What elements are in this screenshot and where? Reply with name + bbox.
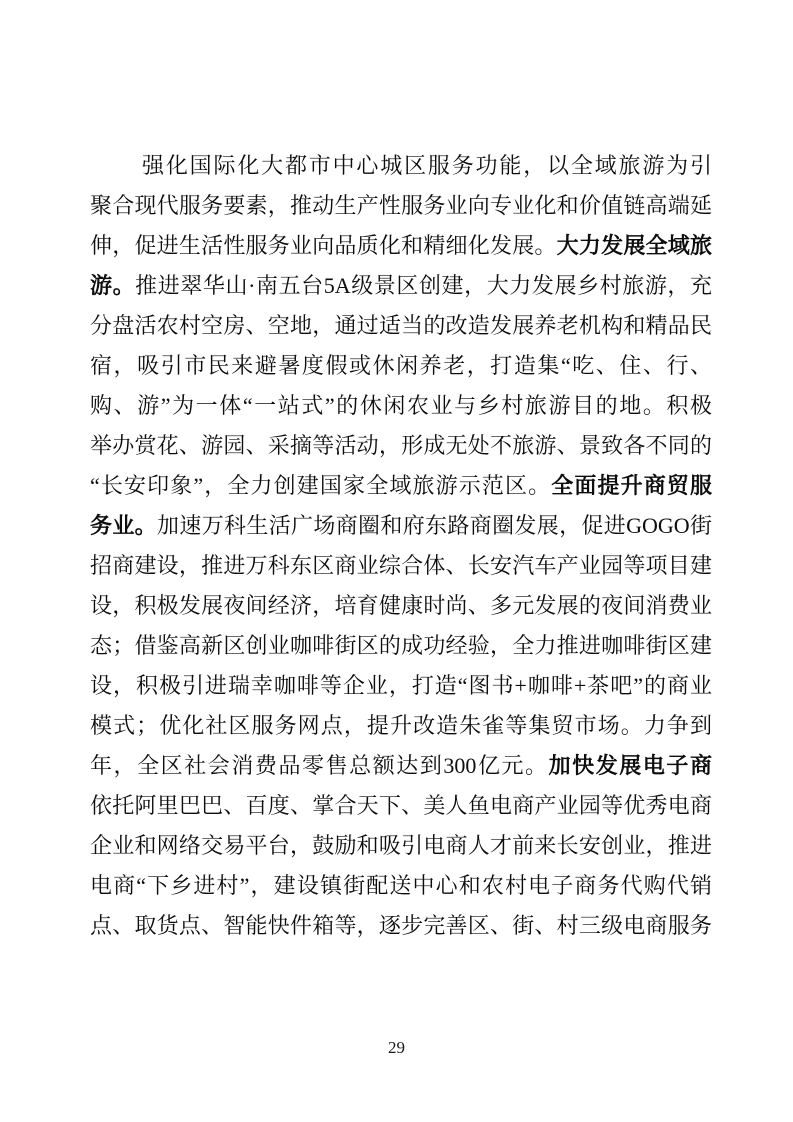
text-segment: 推进翠华山·南五台5A级景区创建，大力发展乡村旅游，充: [135, 273, 712, 298]
text-line: 模式；优化社区服务网点，提升改造朱雀等集贸市场。力争到2020: [90, 706, 712, 746]
page-number: 29: [0, 1036, 793, 1060]
text-segment: 强化国际化大都市中心城区服务功能，以全域旅游为引领，: [90, 153, 712, 186]
text-line: 强化国际化大都市中心城区服务功能，以全域旅游为引领，: [90, 146, 712, 186]
text-line: 电商“下乡进村”，建设镇街配送中心和农村电子商务代购代销: [90, 866, 712, 906]
text-line: 招商建设，推进万科东区商业综合体、长安汽车产业园等项目建: [90, 546, 712, 586]
text-segment: 伸，促进生活性服务业向品质化和精细化发展。: [90, 233, 557, 258]
text-line: 伸，促进生活性服务业向品质化和精细化发展。大力发展全域旅: [90, 226, 712, 266]
text-segment-bold: 大力发展全域旅: [557, 233, 712, 258]
text-line: 购、游”为一体“一站式”的休闲农业与乡村旅游目的地。积极: [90, 386, 712, 426]
text-segment-bold: 游。: [90, 273, 135, 298]
text-segment: 依托阿里巴巴、百度、掌合天下、美人鱼电商产业园等优秀电商: [90, 793, 712, 818]
document-page: 强化国际化大都市中心城区服务功能，以全域旅游为引领，聚合现代服务要素，推动生产性…: [0, 0, 793, 1122]
text-segment: 点、取货点、智能快件箱等，逐步完善区、街、村三级电商服务: [90, 913, 712, 938]
text-segment: 分盘活农村空房、空地，通过适当的改造发展养老机构和精品民: [90, 313, 712, 338]
text-line: 分盘活农村空房、空地，通过适当的改造发展养老机构和精品民: [90, 306, 712, 346]
text-segment: 举办赏花、游园、采摘等活动，形成无处不旅游、景致各不同的: [90, 433, 712, 458]
text-segment: 模式；优化社区服务网点，提升改造朱雀等集贸市场。力争到2020: [90, 713, 712, 746]
text-line: “长安印象”，全力创建国家全域旅游示范区。全面提升商贸服: [90, 466, 712, 506]
text-segment: 企业和网络交易平台，鼓励和吸引电商人才前来长安创业，推进: [90, 833, 712, 858]
text-line: 依托阿里巴巴、百度、掌合天下、美人鱼电商产业园等优秀电商: [90, 786, 712, 826]
text-segment-bold: 务业。: [90, 513, 157, 538]
text-line: 聚合现代服务要素，推动生产性服务业向专业化和价值链高端延: [90, 186, 712, 226]
paragraph-body: 强化国际化大都市中心城区服务功能，以全域旅游为引领，聚合现代服务要素，推动生产性…: [90, 146, 712, 946]
text-segment: “长安印象”，全力创建国家全域旅游示范区。: [90, 473, 551, 498]
text-line: 设，积极发展夜间经济，培育健康时尚、多元发展的夜间消费业: [90, 586, 712, 626]
text-line: 举办赏花、游园、采摘等活动，形成无处不旅游、景致各不同的: [90, 426, 712, 466]
text-segment: 设，积极发展夜间经济，培育健康时尚、多元发展的夜间消费业: [90, 593, 712, 618]
text-segment: 电商“下乡进村”，建设镇街配送中心和农村电子商务代购代销: [90, 873, 712, 898]
text-segment: 购、游”为一体“一站式”的休闲农业与乡村旅游目的地。积极: [90, 393, 712, 418]
text-segment: 聚合现代服务要素，推动生产性服务业向专业化和价值链高端延: [90, 193, 712, 218]
text-line: 设，积极引进瑞幸咖啡等企业，打造“图书+咖啡+茶吧”的商业: [90, 666, 712, 706]
text-segment: 招商建设，推进万科东区商业综合体、长安汽车产业园等项目建: [90, 553, 712, 578]
text-line: 务业。加速万科生活广场商圈和府东路商圈发展，促进GOGO街区: [90, 506, 712, 546]
text-segment-bold: 全面提升商贸服: [551, 473, 712, 498]
text-segment: 设，积极引进瑞幸咖啡等企业，打造“图书+咖啡+茶吧”的商业: [90, 673, 712, 698]
text-segment: 宿，吸引市民来避暑度假或休闲养老，打造集“吃、住、行、娱、: [90, 353, 712, 386]
text-segment: 加速万科生活广场商圈和府东路商圈发展，促进GOGO街区: [90, 513, 712, 546]
text-line: 点、取货点、智能快件箱等，逐步完善区、街、村三级电商服务: [90, 906, 712, 946]
text-segment: 态；借鉴高新区创业咖啡街区的成功经验，全力推进咖啡街区建: [90, 633, 712, 658]
text-segment: 年，全区社会消费品零售总额达到300亿元。: [90, 753, 549, 778]
text-line: 企业和网络交易平台，鼓励和吸引电商人才前来长安创业，推进: [90, 826, 712, 866]
text-line: 年，全区社会消费品零售总额达到300亿元。加快发展电子商务。: [90, 746, 712, 786]
text-line: 游。推进翠华山·南五台5A级景区创建，大力发展乡村旅游，充: [90, 266, 712, 306]
text-line: 宿，吸引市民来避暑度假或休闲养老，打造集“吃、住、行、娱、: [90, 346, 712, 386]
text-line: 态；借鉴高新区创业咖啡街区的成功经验，全力推进咖啡街区建: [90, 626, 712, 666]
